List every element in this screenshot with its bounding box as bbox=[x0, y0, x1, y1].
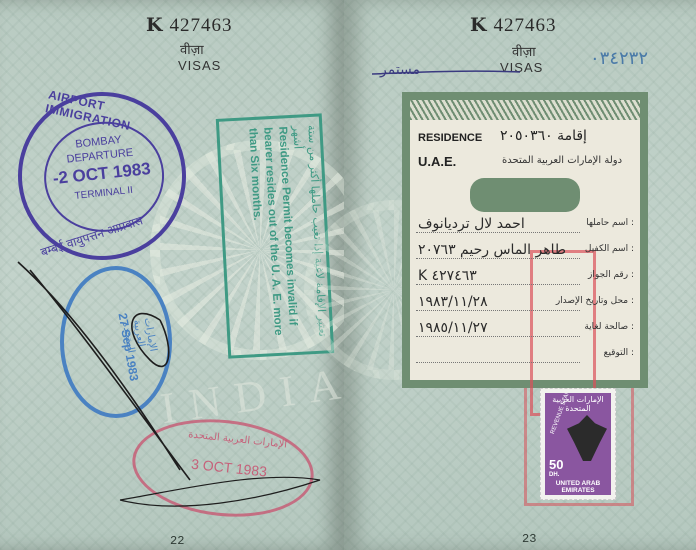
signature-scribbles bbox=[0, 0, 696, 550]
passport-spread: INDIA K427463 वीज़ा VISAS AIRPORT IMMIGR… bbox=[0, 0, 696, 550]
